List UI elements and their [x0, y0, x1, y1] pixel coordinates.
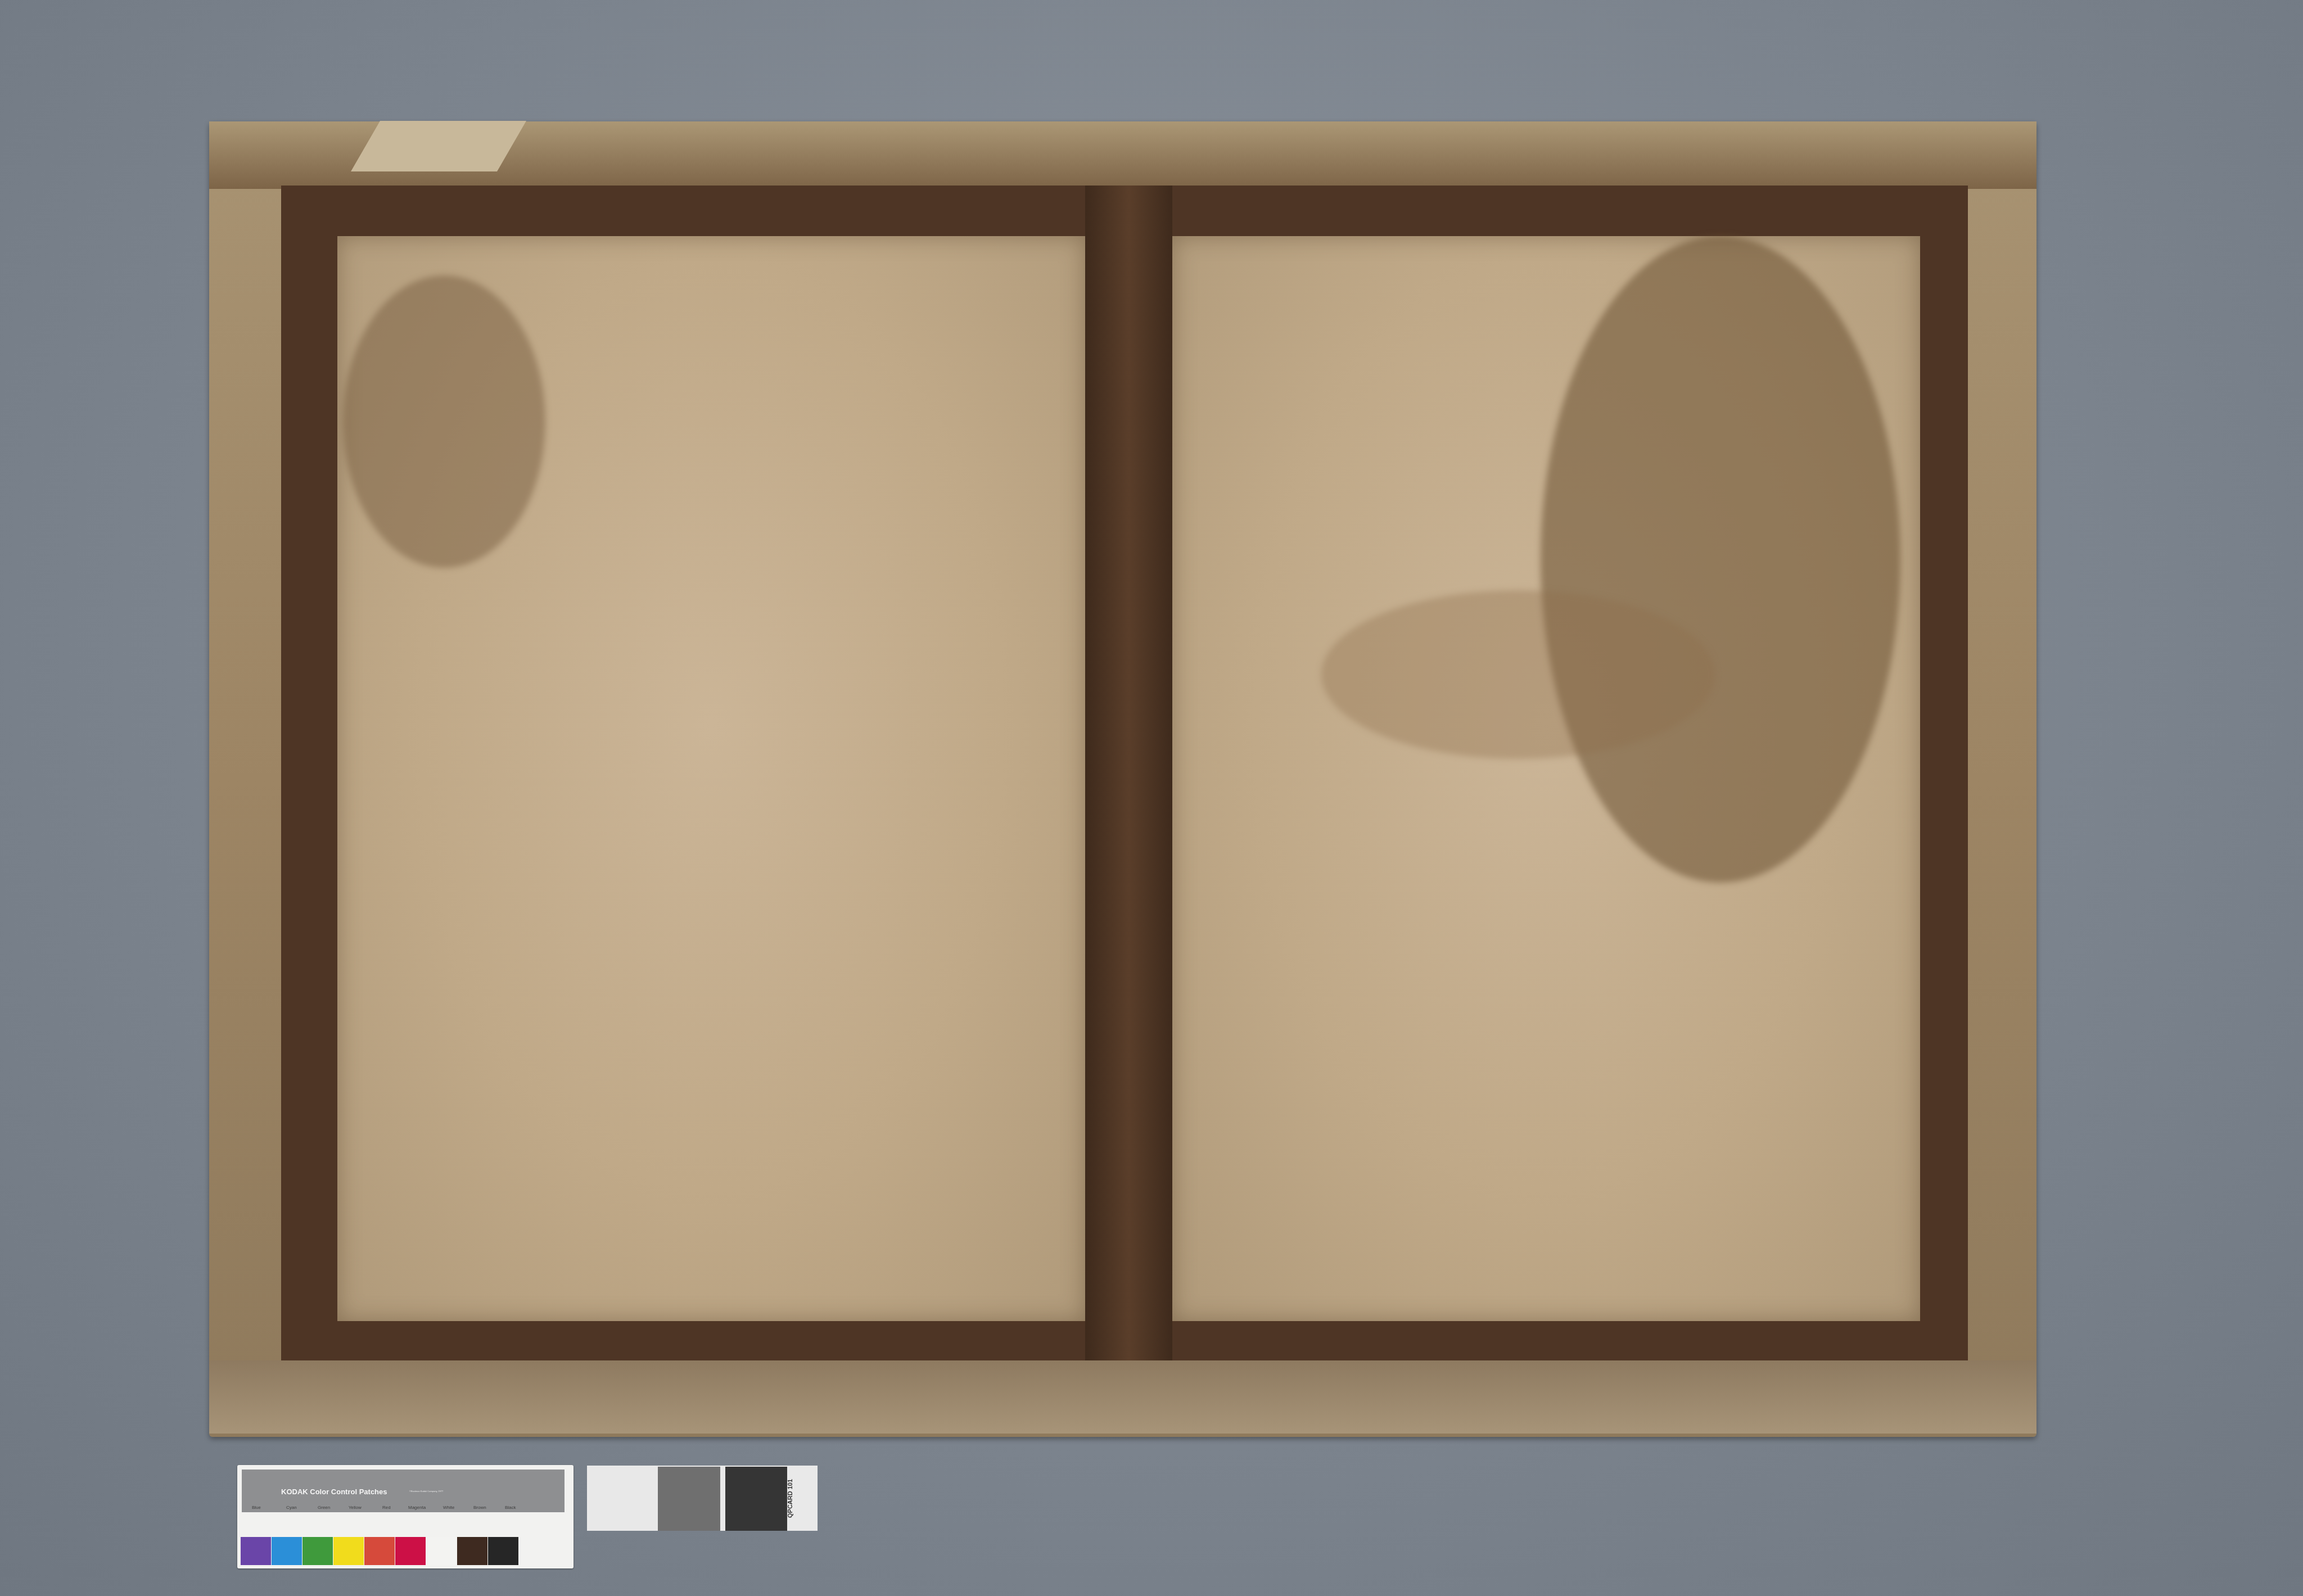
gray-card-mid	[658, 1467, 720, 1531]
frame-bottom-edge	[209, 1360, 2036, 1434]
patch-cyan	[272, 1537, 302, 1565]
gray-card-label: QPCARD 101	[787, 1479, 794, 1518]
torn-paper-flap	[351, 121, 526, 171]
gray-card-dark	[725, 1467, 787, 1531]
patch-label: Red	[382, 1505, 391, 1510]
water-stain-center	[1321, 590, 1715, 759]
patch-label: Green	[318, 1505, 330, 1510]
gray-card-white	[589, 1467, 658, 1531]
patch-blue	[241, 1537, 271, 1565]
patch-magenta	[395, 1537, 426, 1565]
patch-yellow	[333, 1537, 364, 1565]
patch-label: White	[443, 1505, 454, 1510]
stretcher-crossbar	[1085, 186, 1172, 1377]
kodak-title: KODAK Color Control Patches	[281, 1488, 387, 1496]
patch-black	[488, 1537, 518, 1565]
patch-brown	[457, 1537, 487, 1565]
patch-label: Brown	[473, 1505, 486, 1510]
patch-label: Blue	[252, 1505, 261, 1510]
patch-label: Cyan	[286, 1505, 297, 1510]
water-stain-right	[1541, 236, 1900, 883]
patch-red	[364, 1537, 395, 1565]
water-stain-left	[343, 275, 545, 568]
kodak-copyright: ©Eastman Kodak Company, 1977	[409, 1490, 443, 1493]
patch-green	[302, 1537, 333, 1565]
patch-label: Black	[505, 1505, 516, 1510]
patch-white	[426, 1537, 457, 1565]
patch-label: Magenta	[408, 1505, 426, 1510]
patch-label: Yellow	[349, 1505, 362, 1510]
